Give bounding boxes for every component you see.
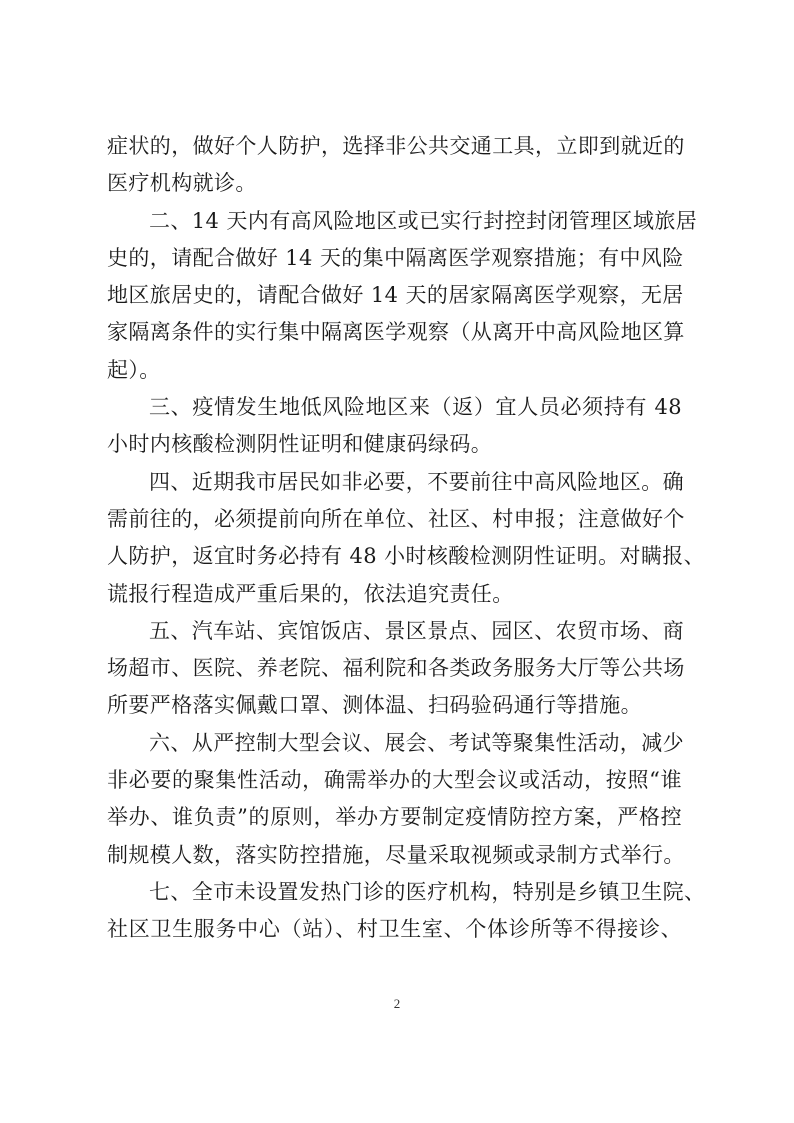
document-page: 症状的，做好个人防护，选择非公共交通工具，立即到就近的 医疗机构就诊。 二、14… xyxy=(0,0,794,1123)
text-line: 家隔离条件的实行集中隔离医学观察（从离开中高风险地区算 xyxy=(107,314,682,351)
paragraph-continuation: 症状的，做好个人防护，选择非公共交通工具，立即到就近的 医疗机构就诊。 xyxy=(107,128,682,203)
paragraph-item-2: 二、14 天内有高风险地区或已实行封控封闭管理区域旅居 史的，请配合做好 14 … xyxy=(107,203,682,389)
text-line: 需前往的，必须提前向所在单位、社区、村申报；注意做好个 xyxy=(107,501,682,538)
text-line: 七、全市未设置发热门诊的医疗机构，特别是乡镇卫生院、 xyxy=(107,874,682,911)
text-line: 四、近期我市居民如非必要，不要前往中高风险地区。确 xyxy=(107,464,682,501)
text-line: 小时内核酸检测阴性证明和健康码绿码。 xyxy=(107,426,682,463)
text-line: 举办、谁负责”的原则，举办方要制定疫情防控方案，严格控 xyxy=(107,799,682,836)
text-line: 场超市、医院、养老院、福利院和各类政务服务大厅等公共场 xyxy=(107,650,682,687)
paragraph-item-6: 六、从严控制大型会议、展会、考试等聚集性活动，减少 非必要的聚集性活动，确需举办… xyxy=(107,725,682,874)
text-line: 人防护，返宜时务必持有 48 小时核酸检测阴性证明。对瞒报、 xyxy=(107,538,682,575)
text-line: 地区旅居史的，请配合做好 14 天的居家隔离医学观察，无居 xyxy=(107,277,682,314)
document-body: 症状的，做好个人防护，选择非公共交通工具，立即到就近的 医疗机构就诊。 二、14… xyxy=(107,128,682,949)
paragraph-item-5: 五、汽车站、宾馆饭店、景区景点、园区、农贸市场、商 场超市、医院、养老院、福利院… xyxy=(107,613,682,725)
paragraph-item-3: 三、疫情发生地低风险地区来（返）宜人员必须持有 48 小时内核酸检测阴性证明和健… xyxy=(107,389,682,464)
text-line: 非必要的聚集性活动，确需举办的大型会议或活动，按照“谁 xyxy=(107,762,682,799)
text-line: 所要严格落实佩戴口罩、测体温、扫码验码通行等措施。 xyxy=(107,687,682,724)
paragraph-item-4: 四、近期我市居民如非必要，不要前往中高风险地区。确 需前往的，必须提前向所在单位… xyxy=(107,464,682,613)
text-line: 二、14 天内有高风险地区或已实行封控封闭管理区域旅居 xyxy=(107,203,682,240)
text-line: 制规模人数，落实防控措施，尽量采取视频或录制方式举行。 xyxy=(107,837,682,874)
text-line: 社区卫生服务中心（站）、村卫生室、个体诊所等不得接诊、 xyxy=(107,911,682,948)
text-line: 谎报行程造成严重后果的，依法追究责任。 xyxy=(107,576,682,613)
text-line: 五、汽车站、宾馆饭店、景区景点、园区、农贸市场、商 xyxy=(107,613,682,650)
text-line: 起）。 xyxy=(107,352,682,389)
paragraph-item-7: 七、全市未设置发热门诊的医疗机构，特别是乡镇卫生院、 社区卫生服务中心（站）、村… xyxy=(107,874,682,949)
text-line: 六、从严控制大型会议、展会、考试等聚集性活动，减少 xyxy=(107,725,682,762)
page-number: 2 xyxy=(0,996,794,1012)
text-line: 三、疫情发生地低风险地区来（返）宜人员必须持有 48 xyxy=(107,389,682,426)
text-line: 史的，请配合做好 14 天的集中隔离医学观察措施；有中风险 xyxy=(107,240,682,277)
text-line: 医疗机构就诊。 xyxy=(107,165,682,202)
text-line: 症状的，做好个人防护，选择非公共交通工具，立即到就近的 xyxy=(107,128,682,165)
